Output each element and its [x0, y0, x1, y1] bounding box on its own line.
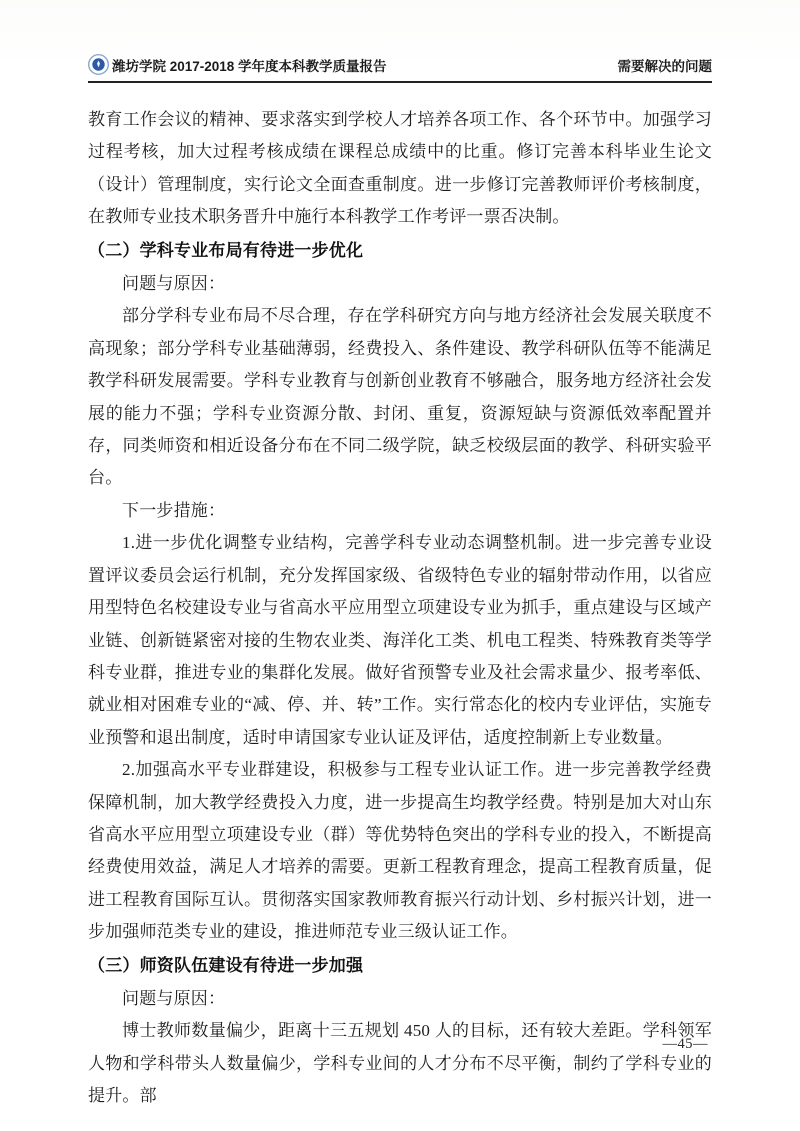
section-heading-3: （三）师资队伍建设有待进一步加强 [88, 950, 712, 982]
document-body: 教育工作会议的精神、要求落实到学校人才培养各项工作、各个环节中。加强学习过程考核… [88, 104, 712, 1113]
section-heading-2: （二）学科专业布局有待进一步优化 [88, 235, 712, 267]
paragraph-problems-1: 部分学科专业布局不尽合理，存在学科研究方向与地方经济社会发展关联度不高现象；部分… [88, 300, 712, 494]
paragraph-measure-2: 2.加强高水平专业群建设，积极参与工程专业认证工作。进一步完善教学经费保障机制，… [88, 754, 712, 948]
page-footer: —45— [663, 1036, 709, 1053]
university-emblem-icon [88, 54, 109, 75]
document-page: 潍坊学院 2017-2018 学年度本科教学质量报告 需要解决的问题 教育工作会… [0, 0, 800, 1131]
paragraph-continuation: 教育工作会议的精神、要求落实到学校人才培养各项工作、各个环节中。加强学习过程考核… [88, 104, 712, 234]
header-left-group: 潍坊学院 2017-2018 学年度本科教学质量报告 [88, 54, 387, 75]
paragraph-problems-2: 博士教师数量偏少，距离十三五规划 450 人的目标，还有较大差距。学科领军人物和… [88, 1015, 712, 1112]
measures-label: 下一步措施： [88, 495, 712, 527]
paragraph-measure-1: 1.进一步优化调整专业结构，完善学科专业动态调整机制。进一步完善专业设置评议委员… [88, 527, 712, 754]
page-header: 潍坊学院 2017-2018 学年度本科教学质量报告 需要解决的问题 [88, 54, 712, 83]
problems-label-1: 问题与原因： [88, 268, 712, 300]
header-section-label: 需要解决的问题 [618, 55, 713, 75]
page-number: —45— [663, 1036, 709, 1052]
report-title: 潍坊学院 2017-2018 学年度本科教学质量报告 [112, 55, 387, 75]
problems-label-2: 问题与原因： [88, 983, 712, 1015]
